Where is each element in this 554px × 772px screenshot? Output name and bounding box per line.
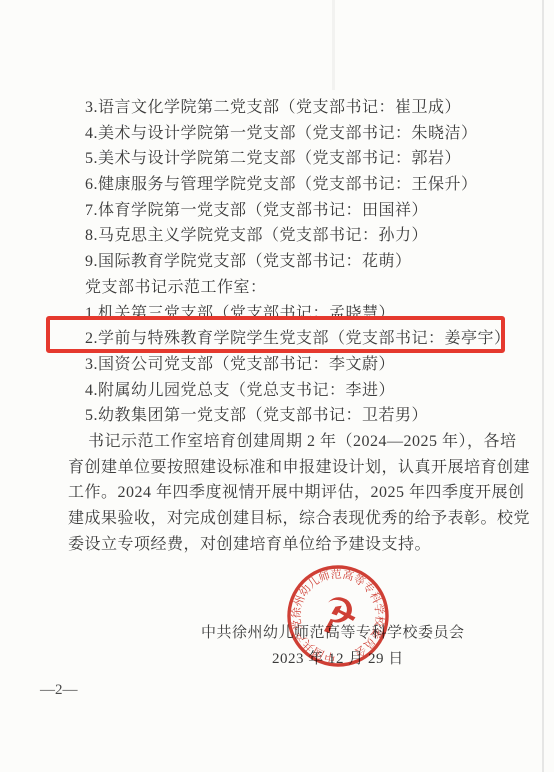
page-number: —2— <box>40 682 78 699</box>
body-paragraph-line: 书记示范工作室培育创建周期 2 年（2024—2025 年），各培 <box>68 429 516 455</box>
scanned-document-page: 3.语言文化学院第二党支部（党支部书记：崔卫成） 4.美术与设计学院第一党支部（… <box>0 0 554 772</box>
studio-list-item: 3.国资公司党支部（党支部书记：李文蔚） <box>68 352 516 378</box>
studio-section-heading: 党支部书记示范工作室： <box>68 275 516 301</box>
branch-list-item: 3.语言文化学院第二党支部（党支部书记：崔卫成） <box>68 95 516 121</box>
branch-list-item: 4.美术与设计学院第一党支部（党支部书记：朱晓洁） <box>68 121 516 147</box>
signature-organization: 中共徐州幼儿师范高等专科学校委员会 <box>201 621 465 642</box>
body-paragraph-line: 委设立专项经费，对创建培育单位给予建设支持。 <box>68 532 516 558</box>
studio-list-item: 5.幼教集团第一党支部（党支部书记：卫若男） <box>68 403 516 429</box>
studio-list-item-highlighted: 2.学前与特殊教育学院学生党支部（党支部书记：姜亭宇） <box>68 326 516 352</box>
studio-list-item: 4.附属幼儿园党总支（党总支书记：李进） <box>68 378 516 404</box>
document-body: 3.语言文化学院第二党支部（党支部书记：崔卫成） 4.美术与设计学院第一党支部（… <box>68 95 516 557</box>
branch-list-item: 5.美术与设计学院第二党支部（党支部书记：郭岩） <box>68 146 516 172</box>
studio-list-item: 1.机关第三党支部（党支部书记：孟晓慧） <box>68 301 516 327</box>
branch-list-item: 6.健康服务与管理学院党支部（党支部书记：王保升） <box>68 172 516 198</box>
body-paragraph-line: 育创建单位要按照建设标准和申报建设计划，认真开展培育创建 <box>68 455 516 481</box>
page-edge-shadow <box>542 0 544 772</box>
scan-artifact-line <box>332 0 335 90</box>
branch-list-item: 8.马克思主义学院党支部（党支部书记：孙力） <box>68 223 516 249</box>
branch-list-item: 9.国际教育学院党支部（党支部书记：花萌） <box>68 249 516 275</box>
body-paragraph-line: 工作。2024 年四季度视情开展中期评估，2025 年四季度开展创 <box>68 480 516 506</box>
body-paragraph-line: 建成果验收，对完成创建目标，综合表现优秀的给予表彰。校党 <box>68 506 516 532</box>
signature-date: 2023 年 12 月 29 日 <box>272 647 404 668</box>
branch-list-item: 7.体育学院第一党支部（党支部书记：田国祥） <box>68 198 516 224</box>
